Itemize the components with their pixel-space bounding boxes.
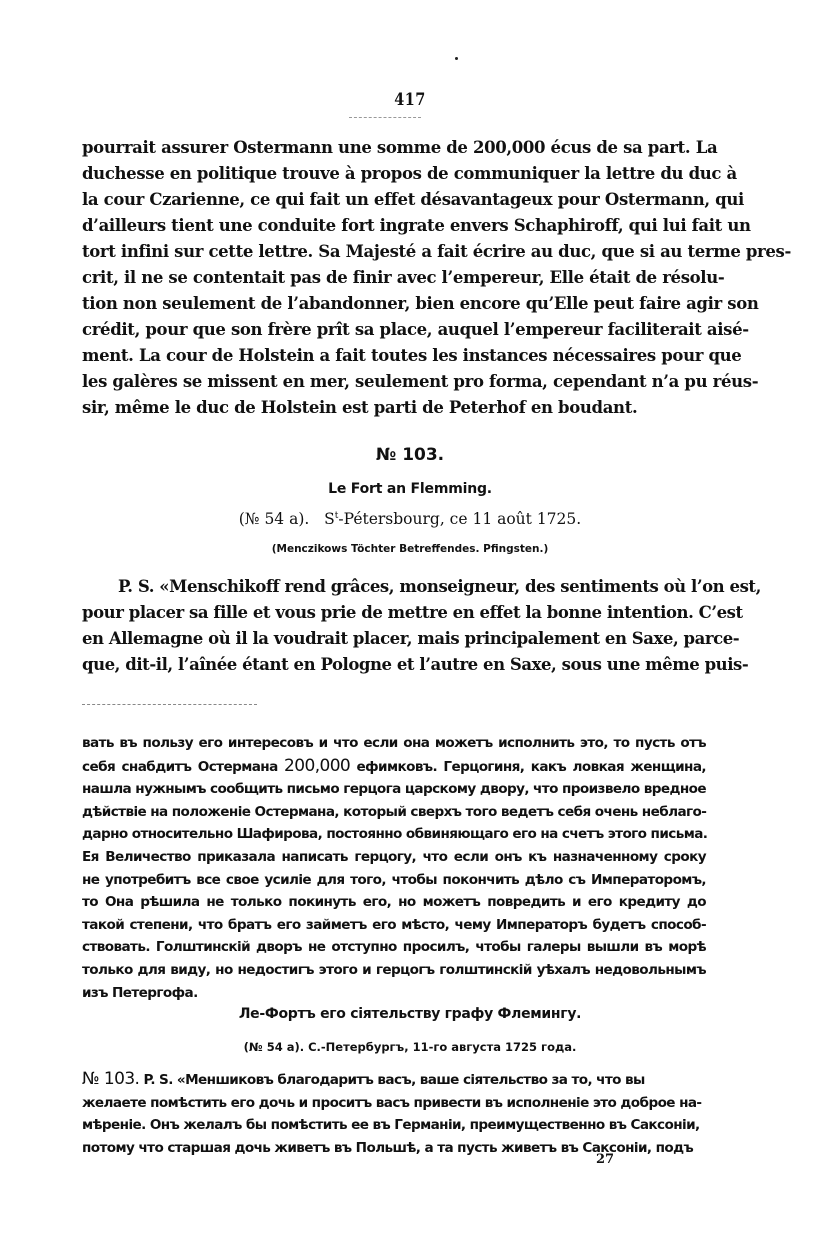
text-line: ment. La cour de Holstein a fait toutes … (82, 343, 706, 369)
text-line: желаете помѣстить его дочь и проситъ вас… (82, 1095, 701, 1111)
text-line: дѣйствіе на положеніе Остермана, который… (82, 801, 706, 824)
text-line: мѣреніе. Онъ желалъ бы помѣстить ее въ Г… (82, 1117, 700, 1133)
russian-document-title: Ле-Фортъ его сіятельству графу Флемингу. (0, 1006, 820, 1022)
french-continuation-paragraph: pourrait assurer Ostermann une somme de … (82, 135, 706, 421)
text-line: P. S. «Menschikoff rend grâces, monseign… (82, 574, 706, 600)
text-line: la cour Czarienne, ce qui fait un effet … (82, 187, 706, 213)
russian-continuation-paragraph: вать въ пользу его интересовъ и что если… (82, 732, 706, 1004)
place-and-date: -Pétersbourg, ce 11 août 1725. (338, 510, 581, 528)
french-postscript-paragraph: P. S. «Menschikoff rend grâces, monseign… (82, 574, 706, 678)
page-number: 417 (62, 90, 759, 110)
text-line: изъ Петергофа. (82, 982, 706, 1005)
document-reference: (№ 54 a). (239, 510, 310, 528)
text-line: не употребитъ все свое усиліе для того, … (82, 869, 706, 892)
text-line: les galères se missent en mer, seulement… (82, 369, 706, 395)
text-line: duchesse en politique trouve à propos de… (82, 161, 706, 187)
text-line: crédit, pour que son frère prît sa place… (82, 317, 706, 343)
text-line: pourrait assurer Ostermann une somme de … (82, 135, 706, 161)
text-line: дарно относительно Шафирова, постоянно о… (82, 823, 706, 846)
document-dateline: (№ 54 a). St-Pétersbourg, ce 11 août 172… (0, 510, 820, 528)
text-line: то Она рѣшила не только покинуть его, но… (82, 891, 706, 914)
text-line: ствовать. Голштинскій дворъ не отступно … (82, 936, 706, 959)
russian-document-number: № 103. (82, 1069, 139, 1089)
text-fragment: P. S. «Меншиковъ благодаритъ васъ, ваше … (143, 1072, 644, 1088)
text-fragment: себя снабдитъ Остермана (82, 759, 284, 775)
book-page: 417 pourrait assurer Ostermann une somme… (0, 0, 820, 1256)
text-line: нашла нужнымъ сообщить письмо герцога ца… (82, 778, 706, 801)
text-line: только для виду, но недостигъ этого и ге… (82, 959, 706, 982)
document-number: № 103. (0, 445, 820, 465)
text-line: pour placer sa fille et vous prie de met… (82, 600, 706, 626)
russian-document-dateline: (№ 54 а). С.-Петербургъ, 11-го августа 1… (0, 1040, 820, 1054)
text-line: tort infini sur cette lettre. Sa Majesté… (82, 239, 706, 265)
text-line: crit, il ne se contentait pas de finir a… (82, 265, 706, 291)
text-line: Ея Величество приказала написать герцогу… (82, 846, 706, 869)
text-line: такой степени, что братъ его займетъ его… (82, 914, 706, 937)
page-number-rule (349, 117, 421, 118)
document-title: Le Fort an Flemming. (0, 481, 820, 497)
text-line: sir, même le duc de Holstein est parti d… (82, 395, 706, 421)
text-line: en Allemagne où il la voudrait placer, m… (82, 626, 706, 652)
text-line: себя снабдитъ Остермана 200,000 ефимковъ… (82, 755, 706, 779)
archive-note: (Menczikows Töchter Betreffendes. Pfings… (0, 543, 820, 555)
sum-number: 200,000 (284, 756, 350, 776)
text-line: вать въ пользу его интересовъ и что если… (82, 732, 706, 755)
text-fragment: ефимковъ. Герцогиня, какъ ловкая женщина… (350, 759, 706, 775)
signature-mark: 27 (596, 1152, 614, 1167)
text-line: tion non seulement de l’abandonner, bien… (82, 291, 706, 317)
ink-speck (455, 57, 458, 60)
text-line: que, dit-il, l’aînée étant en Pologne et… (82, 652, 706, 678)
place-prefix: S (324, 510, 335, 528)
text-line: d’ailleurs tient une conduite fort ingra… (82, 213, 706, 239)
russian-postscript-paragraph: № 103. P. S. «Меншиковъ благодаритъ васъ… (82, 1068, 706, 1159)
translation-divider (82, 704, 257, 705)
text-line: № 103. P. S. «Меншиковъ благодаритъ васъ… (82, 1072, 645, 1088)
